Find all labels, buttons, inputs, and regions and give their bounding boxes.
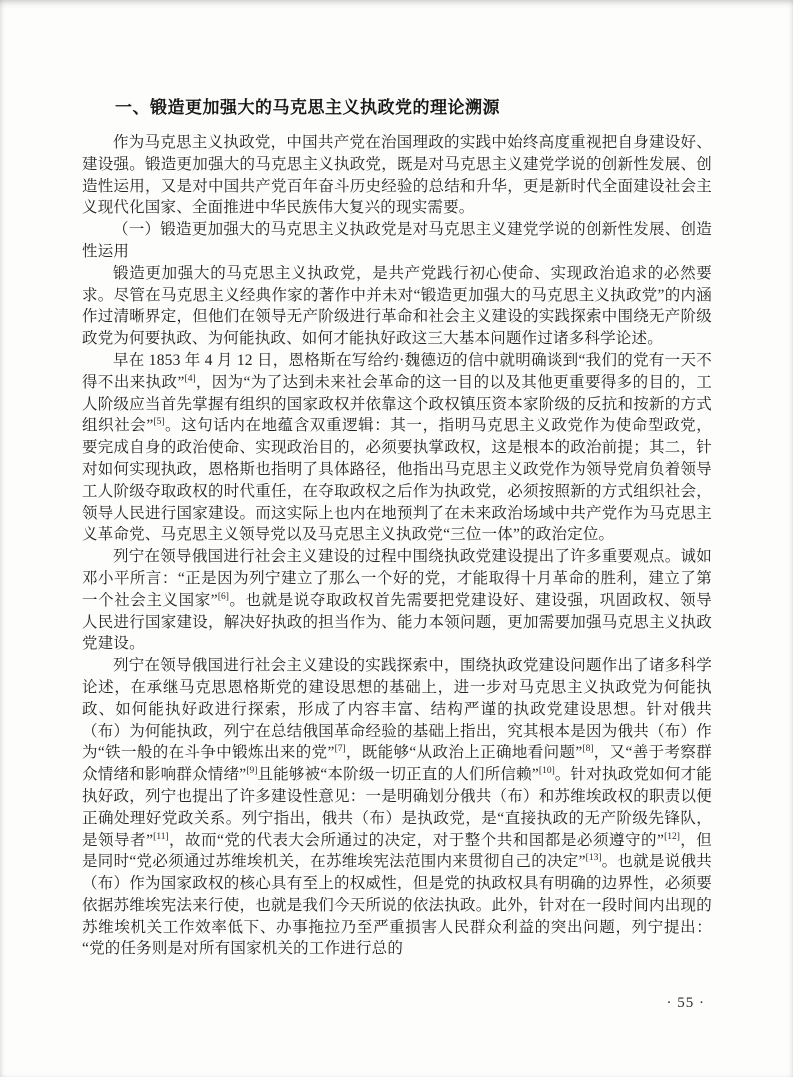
paragraph: 列宁在领导俄国进行社会主义建设的过程中围绕执政党建设提出了许多重要观点。诚如邓小…	[82, 546, 712, 655]
paragraph: 作为马克思主义执政党，中国共产党在治国理政的实践中始终高度重视把自身建设好、建设…	[82, 132, 712, 219]
document-content: 一、锻造更加强大的马克思主义执政党的理论溯源 作为马克思主义执政党，中国共产党在…	[82, 96, 712, 960]
footnote-ref: [8]	[583, 744, 594, 754]
document-page: 一、锻造更加强大的马克思主义执政党的理论溯源 作为马克思主义执政党，中国共产党在…	[0, 0, 793, 1077]
document-body: 作为马克思主义执政党，中国共产党在治国理政的实践中始终高度重视把自身建设好、建设…	[82, 132, 712, 960]
footnote-ref: [11]	[153, 831, 168, 841]
paragraph: 早在 1853 年 4 月 12 日，恩格斯在写给约·魏德迈的信中就明确谈到“我…	[82, 350, 712, 546]
footnote-ref: [6]	[218, 592, 229, 602]
paragraph: （一）锻造更加强大的马克思主义执政党是对马克思主义建党学说的创新性发展、创造性运…	[82, 219, 712, 263]
paragraph: 列宁在领导俄国进行社会主义建设的实践探索中，围绕执政党建设问题作出了诸多科学论述…	[82, 655, 712, 960]
footnote-ref: [9]	[246, 766, 257, 776]
footnote-ref: [4]	[185, 374, 196, 384]
page-number: · 55 ·	[667, 995, 706, 1012]
footnote-ref: [10]	[539, 766, 555, 776]
footnote-ref: [7]	[335, 744, 346, 754]
section-heading: 一、锻造更加强大的马克思主义执政党的理论溯源	[82, 96, 712, 120]
footnote-ref: [12]	[664, 831, 680, 841]
footnote-ref: [5]	[153, 417, 164, 427]
paragraph: 锻造更加强大的马克思主义执政党，是共产党践行初心使命、实现政治追求的必然要求。尽…	[82, 263, 712, 350]
footnote-ref: [13]	[586, 853, 602, 863]
